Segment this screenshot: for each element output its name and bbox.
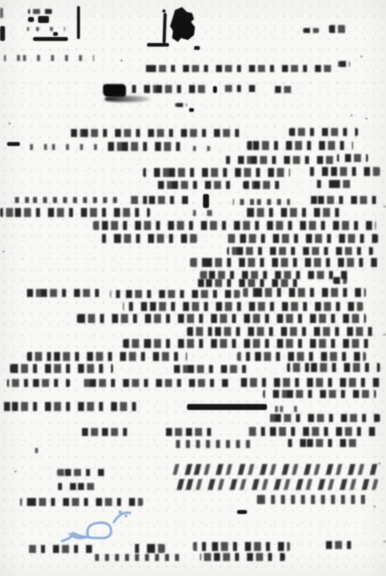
body-line [143, 168, 290, 177]
date-mark [329, 25, 346, 33]
stamp-underline [33, 37, 68, 41]
body-line [10, 364, 113, 373]
sender-block-line [20, 498, 143, 506]
closing-line [253, 495, 367, 504]
footer-line [27, 545, 93, 553]
stamp-text-line [38, 16, 49, 23]
body-line [243, 208, 343, 217]
body-line [97, 234, 197, 243]
footer-line [93, 554, 183, 561]
body-line [287, 439, 360, 447]
body-line [333, 277, 347, 284]
body-line [237, 352, 366, 361]
stamp-text-line [28, 9, 52, 14]
body-line [193, 146, 213, 151]
page-edge-mark [0, 26, 5, 41]
body-line [30, 448, 42, 453]
body-line [170, 440, 250, 448]
speckle [2, 250, 5, 253]
body-line [160, 428, 213, 436]
heading-text [213, 86, 217, 93]
body-line [123, 339, 376, 348]
body-line [243, 181, 287, 189]
body-line [27, 352, 187, 361]
body-line [225, 234, 378, 243]
body-line [83, 379, 230, 387]
speckle [378, 462, 381, 465]
subheading-dot [189, 108, 194, 112]
body-line [267, 406, 300, 412]
sender-block-line [57, 469, 107, 476]
heading-text [224, 85, 257, 92]
stamp-mark [53, 32, 58, 36]
body-line [203, 194, 209, 208]
speckle [365, 117, 368, 120]
closing-mark [237, 510, 247, 514]
heading-text [274, 86, 293, 93]
speckle [8, 122, 11, 125]
stamp-bracket [77, 6, 80, 39]
body-line [315, 180, 353, 188]
body-line [20, 289, 100, 297]
closing-date-line [172, 464, 382, 475]
speckle [14, 470, 17, 473]
body-rule [187, 404, 267, 410]
body-line [247, 427, 376, 436]
speckle [373, 505, 376, 508]
heading-first-word [103, 84, 126, 97]
body-line [200, 271, 350, 279]
body-line [153, 181, 233, 189]
reference-line-end [338, 61, 350, 67]
speckle [350, 114, 353, 117]
heading-underline-smear [104, 96, 150, 102]
body-line [183, 210, 213, 216]
body-line [7, 379, 70, 387]
body-line [10, 197, 118, 203]
date-mark [303, 28, 319, 33]
footer-line [320, 541, 352, 549]
body-line [227, 247, 373, 255]
body-line [337, 154, 368, 162]
body-line [77, 428, 130, 436]
body-line [289, 128, 358, 136]
body-line [305, 167, 380, 176]
footer-line [193, 542, 290, 551]
body-line [187, 327, 380, 336]
subheading-mark [175, 103, 187, 107]
scanned-document-page [0, 0, 386, 576]
speckle [120, 59, 123, 62]
letterhead-emblem-icon [145, 4, 205, 54]
body-line [110, 290, 240, 298]
reference-line [143, 65, 333, 72]
body-line [243, 288, 366, 297]
body-line [190, 258, 380, 267]
body-line [0, 208, 150, 217]
body-line [93, 221, 376, 230]
body-line [307, 196, 380, 204]
body-line [25, 144, 103, 150]
body-line [223, 156, 335, 164]
closing-script-line [169, 479, 379, 490]
stamp-text-line [27, 27, 65, 31]
reference-dots-row [4, 55, 94, 61]
footer-line [200, 553, 285, 561]
body-line [233, 199, 290, 205]
page-edge-mark [0, 8, 3, 18]
body-line [7, 142, 20, 146]
handwritten-signature [58, 506, 140, 546]
body-line [193, 279, 300, 287]
body-line [173, 365, 253, 373]
body-line [123, 302, 363, 311]
body-line [267, 414, 380, 422]
body-line [130, 196, 190, 204]
body-line [247, 141, 353, 150]
body-line [107, 142, 187, 151]
body-line [67, 129, 243, 137]
body-line [3, 402, 143, 411]
body-line [287, 363, 380, 372]
body-line [240, 378, 380, 387]
sender-block-line [57, 483, 98, 490]
heading-text [129, 85, 207, 93]
body-line [263, 390, 376, 398]
speckle [360, 55, 363, 58]
body-line [77, 314, 366, 323]
stamp-text-line [28, 17, 34, 22]
